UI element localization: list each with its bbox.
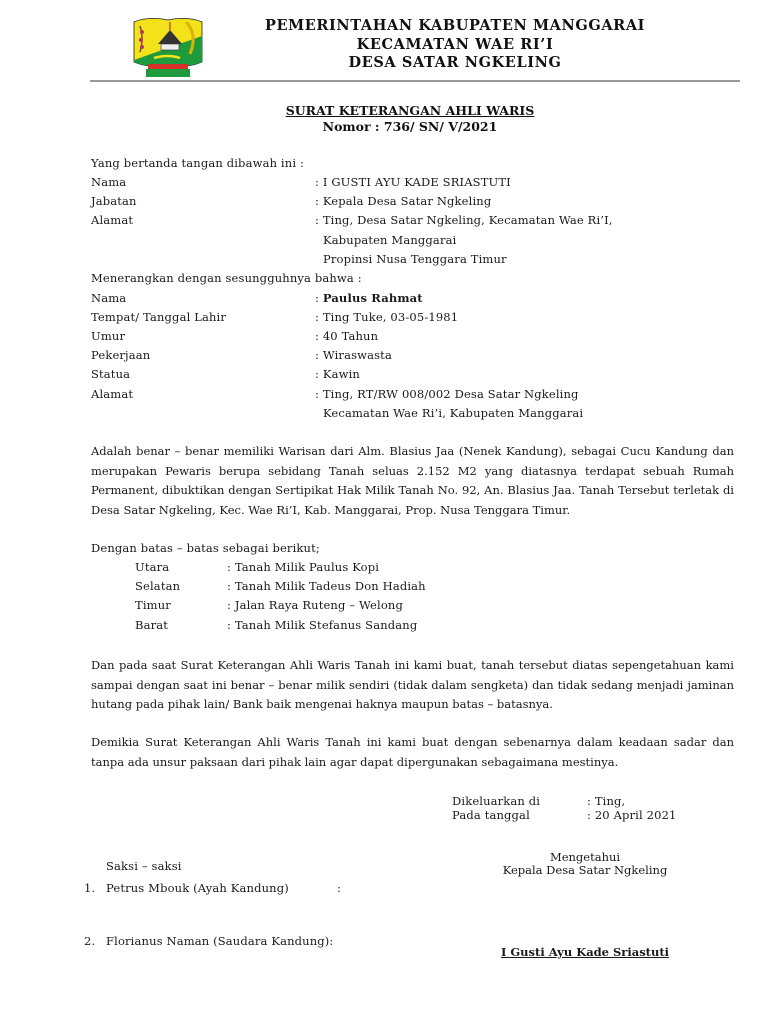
- witness-1-number: 1.: [84, 881, 95, 895]
- document-title: SURAT KETERANGAN AHLI WARIS: [250, 103, 570, 118]
- signer-intro: Yang bertanda tangan dibawah ini :: [91, 156, 304, 170]
- subject-status-label: Statua: [91, 367, 130, 381]
- signer-position-value: : Kepala Desa Satar Ngkeling: [315, 194, 491, 208]
- boundary-east-value: : Jalan Raya Ruteng – Welong: [227, 598, 403, 612]
- subject-address-line2: Kecamatan Wae Ri’i, Kabupaten Manggarai: [323, 406, 583, 420]
- acknowledged-label: Mengetahui: [470, 850, 700, 864]
- header-district: KECAMATAN WAE RI’I: [230, 36, 680, 53]
- ownership-statement-paragraph: Dan pada saat Surat Keterangan Ahli Wari…: [91, 656, 734, 715]
- issued-date-label: Pada tanggal: [452, 808, 530, 822]
- regency-coat-of-arms-logo-icon: [128, 14, 208, 78]
- subject-address-label: Alamat: [91, 387, 133, 401]
- boundary-south-value: : Tanah Milik Tadeus Don Hadiah: [227, 579, 426, 593]
- signature-name: I Gusti Ayu Kade Sriastuti: [501, 945, 669, 959]
- signer-name-value: : I GUSTI AYU KADE SRIASTUTI: [315, 175, 511, 189]
- boundary-north-label: Utara: [135, 560, 169, 574]
- signer-position-title: Kepala Desa Satar Ngkeling: [470, 863, 700, 877]
- header-rule: [90, 80, 740, 82]
- subject-age-label: Umur: [91, 329, 125, 343]
- subject-name-label: Nama: [91, 291, 126, 305]
- colon: :: [315, 291, 323, 305]
- witness-2-number: 2.: [84, 934, 95, 948]
- document-number: Nomor : 736/ SN/ V/2021: [250, 119, 570, 134]
- witness-1-name: Petrus Mbouk (Ayah Kandung): [106, 881, 289, 895]
- inheritance-statement-paragraph: Adalah benar – benar memiliki Warisan da…: [91, 442, 734, 520]
- subject-address-value: : Ting, RT/RW 008/002 Desa Satar Ngkelin…: [315, 387, 579, 401]
- issued-date-value: : 20 April 2021: [587, 808, 677, 822]
- signer-position-label: Jabatan: [91, 194, 137, 208]
- boundary-east-label: Timur: [135, 598, 171, 612]
- subject-status-value: : Kawin: [315, 367, 360, 381]
- witnesses-heading: Saksi – saksi: [106, 859, 182, 873]
- header-government: PEMERINTAHAN KABUPATEN MANGGARAI: [230, 17, 680, 34]
- closing-paragraph: Demikia Surat Keterangan Ahli Waris Tana…: [91, 733, 734, 772]
- boundaries-intro: Dengan batas – batas sebagai berikut;: [91, 541, 320, 555]
- header-village: DESA SATAR NGKELING: [230, 54, 680, 71]
- witness-1-signature-colon: :: [337, 881, 341, 895]
- boundary-north-value: : Tanah Milik Paulus Kopi: [227, 560, 379, 574]
- signer-address-line3: Propinsi Nusa Tenggara Timur: [323, 252, 507, 266]
- signer-address-label: Alamat: [91, 213, 133, 227]
- boundary-west-value: : Tanah Milik Stefanus Sandang: [227, 618, 417, 632]
- signer-address-line2: Kabupaten Manggarai: [323, 233, 456, 247]
- subject-name-value: : Paulus Rahmat: [315, 291, 423, 305]
- subject-occupation-label: Pekerjaan: [91, 348, 150, 362]
- boundary-west-label: Barat: [135, 618, 168, 632]
- signer-signature-name: I Gusti Ayu Kade Sriastuti: [470, 945, 700, 959]
- subject-occupation-value: : Wiraswasta: [315, 348, 392, 362]
- subject-intro: Menerangkan dengan sesungguhnya bahwa :: [91, 271, 362, 285]
- witness-2-name: Florianus Naman (Saudara Kandung):: [106, 934, 333, 948]
- signer-name-label: Nama: [91, 175, 126, 189]
- subject-age-value: : 40 Tahun: [315, 329, 378, 343]
- signer-address-value: : Ting, Desa Satar Ngkeling, Kecamatan W…: [315, 213, 613, 227]
- subject-birth-label: Tempat/ Tanggal Lahir: [91, 310, 226, 324]
- subject-name: Paulus Rahmat: [323, 291, 423, 305]
- issued-place-value: : Ting,: [587, 794, 625, 808]
- subject-birth-value: : Ting Tuke, 03-05-1981: [315, 310, 458, 324]
- issued-place-label: Dikeluarkan di: [452, 794, 540, 808]
- boundary-south-label: Selatan: [135, 579, 180, 593]
